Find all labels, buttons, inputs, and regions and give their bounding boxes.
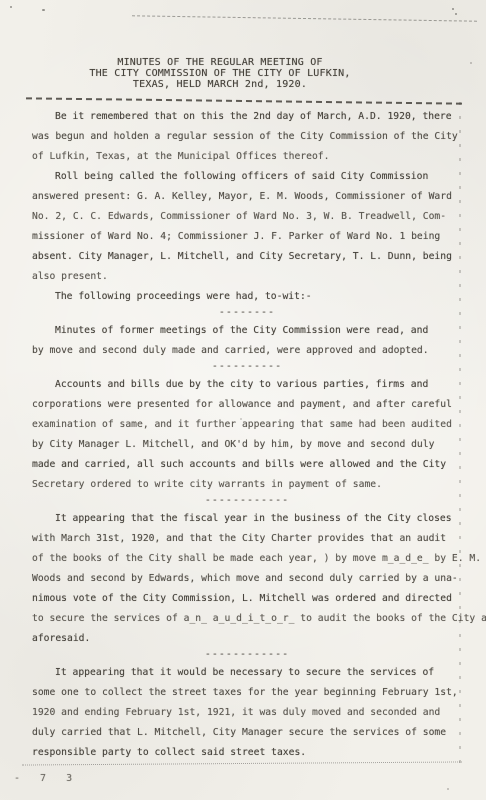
document-body: Be it remembered that on this the 2nd da… [32,107,462,763]
paragraph-line: was begun and holden a regular session o… [32,127,462,147]
paragraph-line: answered present: G. A. Kelley, Mayor, E… [32,187,462,207]
scan-speck [452,8,454,10]
paragraph-line: Woods and second by Edwards, which move … [32,569,462,589]
paragraph-line: Accounts and bills due by the city to va… [32,375,462,395]
scan-speck [42,9,45,11]
section-separator: ------------ [32,649,462,663]
paragraph-line: of the books of the City shall be made e… [32,549,462,569]
scan-artifact-right-edge [459,102,461,770]
paragraph-line: No. 2, C. C. Edwards, Commissioner of Wa… [32,207,462,227]
paragraph: Roll being called the following officers… [32,167,462,287]
paragraph-line: corporations were presented for allowanc… [32,395,462,415]
section-separator: ------------ [32,495,462,509]
paragraph-line: nimous vote of the City Commission, L. M… [32,589,462,609]
paragraph-line: missioner of Ward No. 4; Commissioner J.… [32,227,462,247]
scanned-document-page: MINUTES OF THE REGULAR MEETING OF THE CI… [0,0,486,800]
paragraph: Be it remembered that on this the 2nd da… [32,107,462,167]
title-underline-rule [26,97,462,104]
paragraph-line: responsible party to collect said street… [32,743,462,763]
paragraph-line: examination of same, and it further appe… [32,415,462,435]
paragraph-line: It appearing that it would be necessary … [32,663,462,683]
document-title-line-2: THE CITY COMMISSION OF THE CITY OF LUFKI… [0,68,440,79]
paragraph-line: Minutes of former meetings of the City C… [32,321,462,341]
document-title-line-3: TEXAS, HELD MARCH 2nd, 1920. [0,79,440,90]
scan-speck [455,13,457,15]
document-title-line-1: MINUTES OF THE REGULAR MEETING OF [0,57,440,68]
paragraph: Accounts and bills due by the city to va… [32,375,462,495]
scan-speck [470,62,472,64]
paragraph-line: also present. [32,267,462,287]
paragraph-line: 1920 and ending February 1st, 1921, it w… [32,703,462,723]
scan-speck [447,788,449,790]
paragraph-line: to secure the services of a̲n̲ a̲u̲d̲i̲t… [32,609,462,629]
paragraph-line: by move and second duly made and carried… [32,341,462,361]
paragraph-line: The following proceedings were had, to-w… [32,287,462,307]
paragraph: It appearing that it would be necessary … [32,663,462,763]
paragraph-line: some one to collect the street taxes for… [32,683,462,703]
paragraph-line: by City Manager L. Mitchell, and OK'd by… [32,435,462,455]
paragraph-line: aforesaid. [32,629,462,649]
paragraph: The following proceedings were had, to-w… [32,287,462,307]
paragraph-line: It appearing that the fiscal year in the… [32,509,462,529]
paragraph-line: made and carried, all such accounts and … [32,455,462,475]
paragraph: It appearing that the fiscal year in the… [32,509,462,649]
paragraph-line: duly carried that L. Mitchell, City Mana… [32,723,462,743]
scan-speck [10,6,12,8]
paragraph-line: Secretary ordered to write city warrants… [32,475,462,495]
paragraph-line: of Lufkin, Texas, at the Municipal Offic… [32,147,462,167]
section-separator: -------- [32,307,462,321]
paragraph: Minutes of former meetings of the City C… [32,321,462,361]
paragraph-line: absent. City Manager, L. Mitchell, and C… [32,247,462,267]
paragraph-line: Be it remembered that on this the 2nd da… [32,107,462,127]
section-separator: ---------- [32,361,462,375]
paragraph-line: Roll being called the following officers… [32,167,462,187]
footer-page-marks: - 7 3 [14,773,79,784]
paragraph-line: with March 31st, 1920, and that the City… [32,529,462,549]
document-title: MINUTES OF THE REGULAR MEETING OF THE CI… [0,57,440,90]
scan-artifact-top-line [132,15,477,21]
